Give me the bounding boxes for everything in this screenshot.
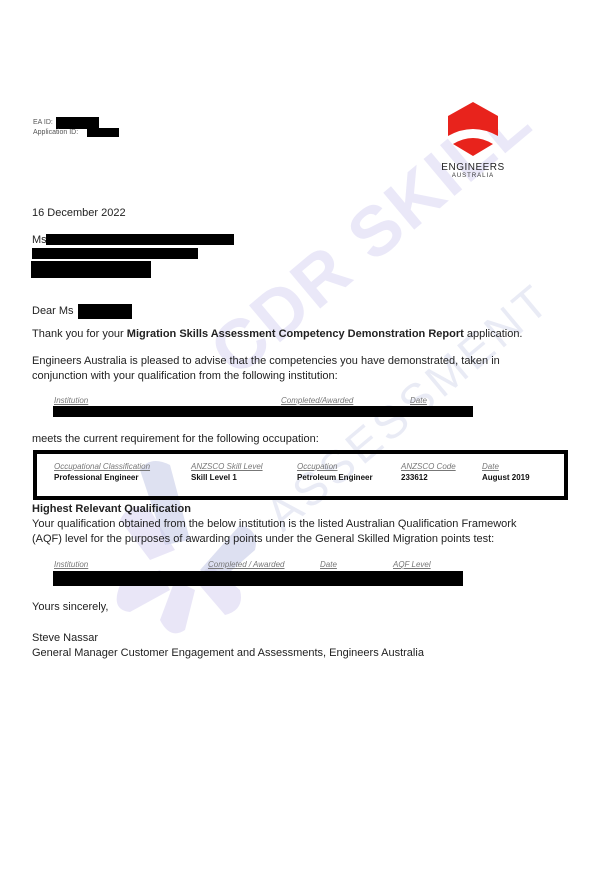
advise-paragraph: Engineers Australia is pleased to advise… (32, 354, 532, 384)
logo-text-australia: AUSTRALIA (432, 173, 514, 179)
redacted-qualification-row (53, 571, 463, 586)
anzsco-code-header: ANZSCO Code (401, 462, 456, 471)
date-header: Date (410, 396, 427, 405)
redacted-address-line-2 (31, 261, 151, 278)
skill-level-value: Skill Level 1 (191, 473, 237, 482)
logo-text-engineers: ENGINEERS (432, 162, 514, 173)
redacted-institution-row (53, 406, 473, 417)
signatory-title: General Manager Customer Engagement and … (32, 646, 424, 661)
qual-date-header: Date (320, 560, 337, 569)
institution-header: Institution (54, 396, 88, 405)
qual-institution-header: Institution (54, 560, 88, 569)
redacted-addressee-name (46, 234, 234, 245)
intro-prefix: Thank you for your (32, 328, 127, 340)
intro-paragraph: Thank you for your Migration Skills Asse… (32, 327, 523, 342)
engineers-australia-hexagon-logo-icon (445, 100, 501, 158)
engineers-australia-logo: ENGINEERS AUSTRALIA (432, 100, 514, 190)
aqf-level-header: AQF Level (393, 560, 431, 569)
salutation: Dear Ms (32, 304, 74, 319)
letter-date: 16 December 2022 (32, 206, 126, 221)
signatory-name: Steve Nassar (32, 631, 98, 646)
ea-id-label: EA ID: (33, 118, 53, 128)
occ-date-value: August 2019 (482, 473, 530, 482)
occ-class-header: Occupational Classification (54, 462, 150, 471)
skill-level-header: ANZSCO Skill Level (191, 462, 263, 471)
addressee-prefix: Ms (32, 233, 47, 248)
qualification-paragraph: Your qualification obtained from the bel… (32, 517, 542, 547)
application-id-label: Application ID: (33, 128, 78, 138)
anzsco-code-value: 233612 (401, 473, 428, 482)
meets-paragraph: meets the current requirement for the fo… (32, 432, 319, 447)
intro-bold: Migration Skills Assessment Competency D… (127, 328, 464, 340)
completed-header: Completed/Awarded (281, 396, 353, 405)
qual-completed-header: Completed / Awarded (208, 560, 285, 569)
occ-class-value: Professional Engineer (54, 473, 138, 482)
qualification-heading: Highest Relevant Qualification (32, 502, 191, 517)
occ-date-header: Date (482, 462, 499, 471)
redacted-address-line-1 (32, 248, 198, 259)
redacted-application-id (87, 128, 119, 137)
intro-suffix: application. (464, 328, 523, 340)
redacted-salutation-name (78, 304, 132, 319)
occupation-value: Petroleum Engineer (297, 473, 373, 482)
closing: Yours sincerely, (32, 600, 108, 615)
occupation-header: Occupation (297, 462, 337, 471)
